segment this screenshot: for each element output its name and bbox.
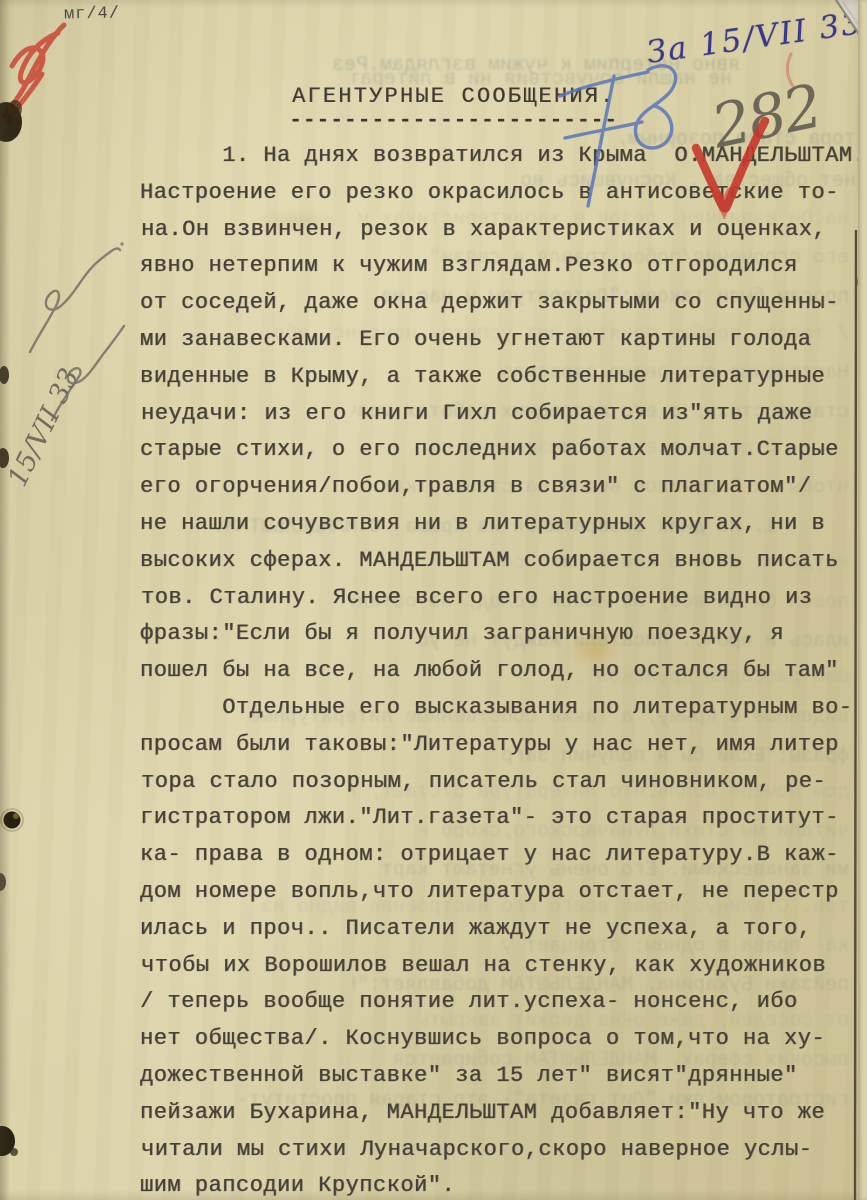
typed-line: ми занавесками. Его очень угнетают карти…: [140, 322, 867, 359]
typed-line: виденные в Крыму, а также собственные ли…: [140, 359, 867, 396]
typed-line: чтобы их Ворошилов вешал на стенку, как …: [141, 948, 867, 985]
document-body: 1. На днях возвратился из Крыма О.МАНДЕЛ…: [140, 138, 867, 1200]
typed-line: дом номере вопль,что литература отстает,…: [140, 874, 867, 911]
typed-line: явно нетерпим к чужим взглядам.Резко отг…: [140, 248, 867, 285]
ink-blot: [0, 100, 22, 1156]
typed-line: тора стало позорным, писатель стал чинов…: [141, 764, 867, 801]
typed-line: / теперь вообще понятие лит.успеха- нонс…: [140, 984, 867, 1021]
typed-line: старые стихи, о его последних работах мо…: [140, 432, 867, 469]
typed-line: просам были таковы:"Литературы у нас нет…: [140, 727, 867, 764]
typed-line: его огорчения/побои,травля в связи" с пл…: [140, 469, 867, 506]
typed-line: тов. Сталину. Яснее всего его настроение…: [141, 580, 867, 617]
wormhole: [1, 809, 23, 831]
typed-line: илась и проч.. Писатели жаждут не успеха…: [140, 911, 867, 948]
margin-pencil-date: 15/VII 33: [2, 364, 86, 492]
typed-line: фразы:"Если бы я получил заграничную пое…: [140, 616, 867, 653]
document-page: явно нетерпим к чужим взглядам.Резко отг…: [0, 0, 867, 1200]
handwritten-date-note: За 15/VII 33: [645, 5, 866, 71]
typed-line: высоких сферах. МАНДЕЛЬШТАМ собирается в…: [140, 543, 867, 580]
typed-line: шим рапсодии Крупской".: [140, 1168, 867, 1200]
typed-line: гистратором лжи."Лит.газета"- это старая…: [140, 800, 867, 837]
typed-line: от соседей, даже окна держит закрытыми с…: [140, 285, 867, 322]
typed-line: на.Он взвинчен, резок в характеристиках …: [141, 212, 867, 249]
typed-line: нет общества/. Коснувшись вопроса о том,…: [140, 1021, 867, 1058]
typed-line: ка- права в одном: отрицает у нас литера…: [140, 837, 867, 874]
typed-line: не нашли сочувствия ни в литературных кр…: [140, 506, 867, 543]
typed-line: пошел бы на все, на любой голод, но оста…: [140, 653, 867, 690]
typed-line: читали мы стихи Луначарского,скоро навер…: [141, 1132, 867, 1169]
adjacent-page-strip: [858, 0, 867, 1200]
typed-line: Отдельные его высказывания по литературн…: [140, 690, 867, 727]
typed-line: пейзажи Бухарина, МАНДЕЛЬШТАМ добавляет:…: [140, 1095, 867, 1132]
title-underline: ------------------------: [289, 108, 618, 133]
typed-line: Настроение его резко окрасилось в антисо…: [140, 175, 867, 212]
typed-line: неудачи: из его книги Гихл собирается из…: [141, 396, 867, 433]
document-title: АГЕНТУРНЫЕ СООБЩЕНИЯ.: [292, 84, 615, 109]
page-code-stamp: мг/4/: [64, 5, 120, 25]
typed-line: дожественной выставке" за 15 лет" висят"…: [140, 1058, 867, 1095]
